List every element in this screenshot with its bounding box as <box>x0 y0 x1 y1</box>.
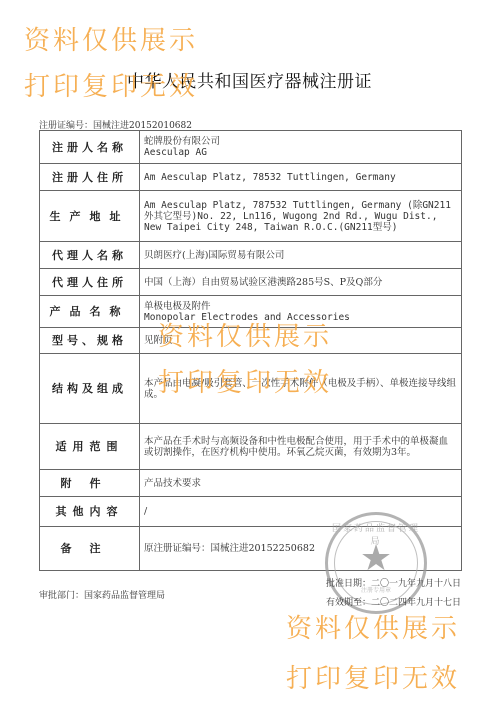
row-label: 产品名称 <box>40 296 140 328</box>
approval-date: 批准日期：二〇一九年九月十八日 <box>326 576 461 589</box>
row-value: Am Aesculap Platz, 787532 Tuttlingen, Ge… <box>140 191 462 242</box>
document-title: 中华人民共和国医疗器械注册证 <box>0 67 499 92</box>
row-value: 贝朗医疗(上海)国际贸易有限公司 <box>144 250 284 261</box>
row-value: 产品技术要求 <box>144 478 201 489</box>
row-label: 型号、规格 <box>40 328 140 354</box>
row-label: 适用范围 <box>40 424 140 470</box>
table-row: 代理人住所 中国（上海）自由贸易试验区港澳路285号S、P及Q部分 <box>40 269 462 296</box>
row-label: 注册人名称 <box>40 131 140 164</box>
table-row: 结构及组成 本产品由电凝/吸引套管、一次性手术附件（电极及手柄）、单极连接导线组… <box>40 354 462 424</box>
row-value: 单极电极及附件 Monopolar Electrodes and Accesso… <box>140 296 462 328</box>
watermark-bottom-line2: 打印复印无效 <box>286 658 460 695</box>
star-icon: ★ <box>328 539 424 579</box>
table-row: 产品名称 单极电极及附件 Monopolar Electrodes and Ac… <box>40 296 462 328</box>
table-row: 型号、规格 见附页 <box>40 328 462 354</box>
registrant-name-cn: 蛇牌股份有限公司 <box>144 136 457 147</box>
table-row: 注册人名称 蛇牌股份有限公司 Aesculap AG <box>40 131 462 164</box>
row-label: 附件 <box>40 470 140 497</box>
row-label: 代理人住所 <box>40 269 140 296</box>
row-value: 蛇牌股份有限公司 Aesculap AG <box>140 131 462 164</box>
valid-until-date: 有效期至：二〇二四年九月十七日 <box>326 595 461 608</box>
watermark-top-line1: 资料仅供展示 <box>24 20 198 57</box>
product-name-en: Monopolar Electrodes and Accessories <box>144 312 457 323</box>
registration-table: 注册人名称 蛇牌股份有限公司 Aesculap AG 注册人住所 Am Aesc… <box>39 130 462 571</box>
row-value: 中国（上海）自由贸易试验区港澳路285号S、P及Q部分 <box>144 277 382 288</box>
table-row: 注册人住所 Am Aesculap Platz, 78532 Tuttlinge… <box>40 164 462 191</box>
row-label: 注册人住所 <box>40 164 140 191</box>
registrant-name-en: Aesculap AG <box>144 147 457 158</box>
row-label: 生产地址 <box>40 191 140 242</box>
row-value: 见附页 <box>144 335 173 346</box>
row-value: 原注册证编号：国械注进20152250682 <box>144 543 315 554</box>
table-row: 附件 产品技术要求 <box>40 470 462 497</box>
approval-department: 审批部门：国家药品监督管理局 <box>39 588 165 601</box>
table-row: 适用范围 本产品在手术时与高频设备和中性电极配合使用，用于手术中的单极凝血或切割… <box>40 424 462 470</box>
row-value: Am Aesculap Platz, 78532 Tuttlingen, Ger… <box>140 164 462 191</box>
table-row: 代理人名称 贝朗医疗(上海)国际贸易有限公司 <box>40 242 462 269</box>
table-row: 生产地址 Am Aesculap Platz, 787532 Tuttlinge… <box>40 191 462 242</box>
row-value: 本产品在手术时与高频设备和中性电极配合使用，用于手术中的单极凝血或切割操作，在医… <box>144 436 448 458</box>
product-name-cn: 单极电极及附件 <box>144 301 457 312</box>
row-value: / <box>144 506 147 517</box>
row-label: 备注 <box>40 527 140 571</box>
row-value: 本产品由电凝/吸引套管、一次性手术附件（电极及手柄）、单极连接导线组成。 <box>144 378 456 400</box>
row-label: 其他内容 <box>40 497 140 527</box>
row-label: 结构及组成 <box>40 354 140 424</box>
row-label: 代理人名称 <box>40 242 140 269</box>
